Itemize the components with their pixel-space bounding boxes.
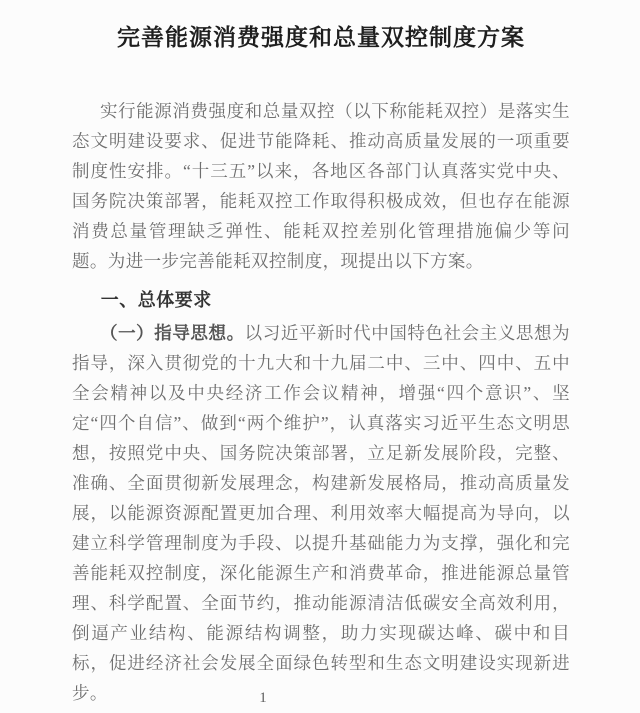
paragraph-body-guiding-ideology: 以习近平新时代中国特色社会主义思想为指导，深入贯彻党的十九大和十九届二中、三中、…	[72, 323, 570, 703]
section-heading-overall-requirements: 一、总体要求	[72, 285, 570, 315]
document-title: 完善能源消费强度和总量双控制度方案	[72, 22, 570, 54]
page-number: 1	[248, 690, 278, 707]
document-page: 完善能源消费强度和总量双控制度方案 实行能源消费强度和总量双控（以下称能耗双控）…	[0, 0, 640, 713]
paragraph-guiding-ideology: （一）指导思想。以习近平新时代中国特色社会主义思想为指导，深入贯彻党的十九大和十…	[72, 318, 570, 708]
paragraph-lead-guiding-ideology: （一）指导思想。	[100, 323, 245, 343]
paragraph-intro: 实行能源消费强度和总量双控（以下称能耗双控）是落实生态文明建设要求、促进节能降耗…	[72, 96, 570, 276]
